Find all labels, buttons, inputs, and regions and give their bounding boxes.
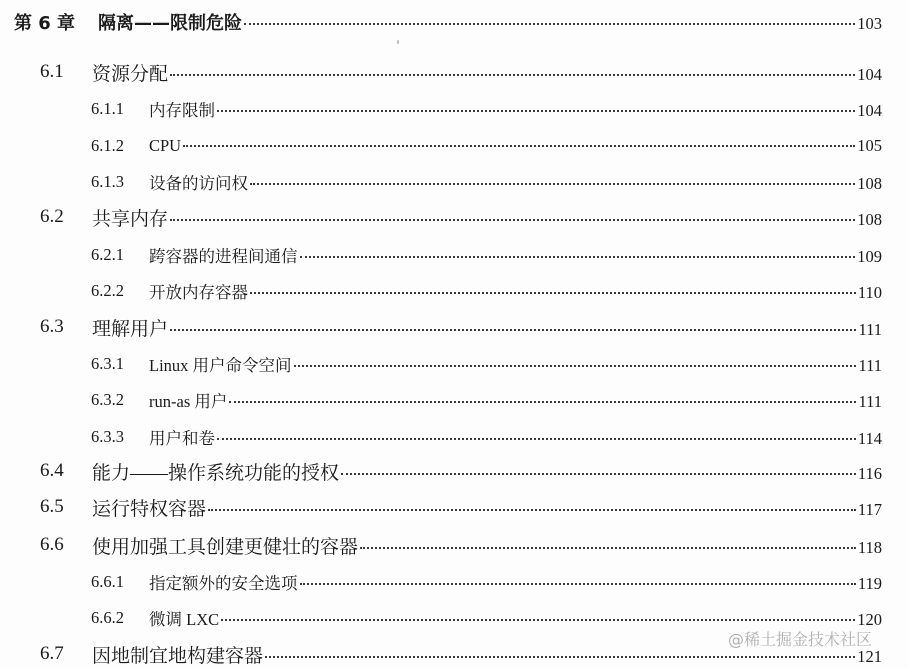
toc-entry-6-3-1: 6.3.1 Linux 用户命令空间111 <box>0 349 908 379</box>
toc-entry-6-1: 6.1 资源分配104 <box>0 57 908 87</box>
section-number: 6.3.1 <box>91 354 124 374</box>
page-number: 105 <box>857 136 882 156</box>
page-number: 114 <box>858 429 882 449</box>
toc-entry-6-3: 6.3 理解用户111 <box>0 312 908 342</box>
section-number: 6.2.2 <box>91 281 124 301</box>
toc-entry-6-1-3: 6.1.3 设备的访问权108 <box>0 167 908 197</box>
section-number: 6.7 <box>40 643 64 665</box>
chapter-heading: 第 6 章 隔离——限制危险 103 <box>0 7 908 37</box>
scan-speck <box>397 40 399 44</box>
dot-leader <box>229 401 856 403</box>
dot-leader <box>170 329 856 331</box>
toc-entry-6-2-1: 6.2.1 跨容器的进程间通信109 <box>0 240 908 270</box>
page-number: 111 <box>858 392 882 412</box>
toc-entry-6-1-1: 6.1.1 内存限制104 <box>0 94 908 124</box>
dot-leader <box>170 219 855 221</box>
page-number: 110 <box>858 283 882 303</box>
section-number: 6.3.2 <box>91 390 124 410</box>
section-title: 用户和卷 <box>149 425 215 449</box>
section-title: 使用加强工具创建更健壮的容器 <box>92 532 358 559</box>
dot-leader <box>170 74 855 76</box>
page-number: 108 <box>857 210 882 230</box>
section-number: 6.3.3 <box>91 427 124 447</box>
section-title: 理解用户 <box>92 314 168 341</box>
toc-entry-6-4: 6.4 能力——操作系统功能的授权116 <box>0 456 908 486</box>
section-title: run-as 用户 <box>149 388 227 412</box>
dot-leader <box>360 547 856 549</box>
chapter-number: 第 6 章 <box>14 9 75 35</box>
section-title: 跨容器的进程间通信 <box>149 243 298 267</box>
section-number: 6.1.1 <box>91 99 124 119</box>
toc-entry-6-2: 6.2 共享内存108 <box>0 202 908 232</box>
section-number: 6.1.2 <box>91 136 124 156</box>
section-title: CPU <box>149 136 181 156</box>
toc-entry-6-5: 6.5 运行特权容器117 <box>0 492 908 522</box>
dot-leader <box>244 23 855 25</box>
section-title: Linux 用户命令空间 <box>149 352 292 376</box>
section-number: 6.2 <box>40 206 64 228</box>
section-title: 因地制宜地构建容器 <box>92 641 263 668</box>
dot-leader <box>250 183 855 185</box>
page-number: 116 <box>858 464 882 484</box>
page-number: 117 <box>858 500 882 520</box>
section-number: 6.1 <box>40 61 64 83</box>
dot-leader <box>221 619 855 621</box>
dot-leader <box>294 365 857 367</box>
dot-leader <box>250 292 856 294</box>
section-title: 指定额外的安全选项 <box>149 570 298 594</box>
toc-entry-6-3-3: 6.3.3 用户和卷114 <box>0 422 908 452</box>
dot-leader <box>217 438 856 440</box>
dot-leader <box>265 656 855 658</box>
watermark: @稀土掘金技术社区 <box>728 627 872 650</box>
section-title: 设备的访问权 <box>149 170 248 194</box>
page-number: 118 <box>858 538 882 558</box>
section-title: 运行特权容器 <box>92 494 206 521</box>
page-number: 109 <box>857 247 882 267</box>
toc-entry-6-6-1: 6.6.1 指定额外的安全选项119 <box>0 567 908 597</box>
section-number: 6.6.1 <box>91 572 124 592</box>
page-number: 111 <box>858 320 882 340</box>
toc-entry-6-2-2: 6.2.2 开放内存容器110 <box>0 276 908 306</box>
page-number: 108 <box>857 174 882 194</box>
section-number: 6.4 <box>40 460 64 482</box>
section-number: 6.2.1 <box>91 245 124 265</box>
page-number: 104 <box>857 65 882 85</box>
dot-leader <box>217 110 855 112</box>
section-title: 开放内存容器 <box>149 279 248 303</box>
section-number: 6.6 <box>40 534 64 556</box>
chapter-title: 隔离——限制危险 <box>98 9 242 35</box>
dot-leader <box>208 509 856 511</box>
page-number: 119 <box>858 574 882 594</box>
page-number: 111 <box>858 356 882 376</box>
dot-leader <box>300 583 856 585</box>
dot-leader <box>300 256 856 258</box>
section-title: 共享内存 <box>92 204 168 231</box>
section-title: 微调 LXC <box>149 606 219 630</box>
section-title: 内存限制 <box>149 97 215 121</box>
toc-entry-6-1-2: 6.1.2 CPU105 <box>0 131 908 161</box>
section-title: 资源分配 <box>92 59 168 86</box>
section-number: 6.3 <box>40 316 64 338</box>
page-number: 104 <box>857 101 882 121</box>
section-number: 6.6.2 <box>91 608 124 628</box>
page-number: 103 <box>857 14 882 34</box>
dot-leader <box>341 473 856 475</box>
toc-entry-6-6: 6.6 使用加强工具创建更健壮的容器118 <box>0 530 908 560</box>
dot-leader <box>183 145 855 147</box>
section-number: 6.5 <box>40 496 64 518</box>
toc-entry-6-3-2: 6.3.2 run-as 用户111 <box>0 385 908 415</box>
section-number: 6.1.3 <box>91 172 124 192</box>
section-title: 能力——操作系统功能的授权 <box>92 458 339 485</box>
